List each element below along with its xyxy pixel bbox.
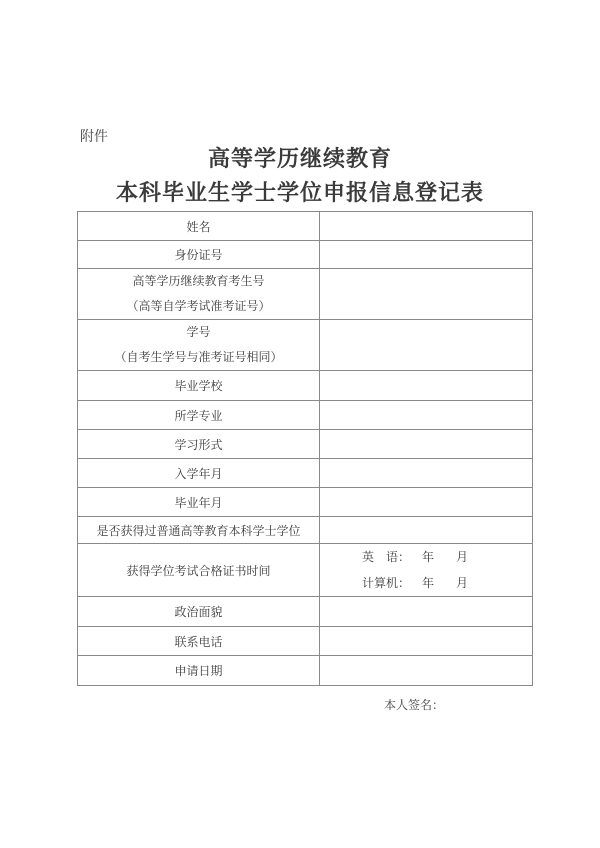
label-exam-number-note: （高等自学考试准考证号） xyxy=(78,294,319,319)
label-student-number-note: （自考生学号与准考证号相同） xyxy=(78,345,319,370)
label-school: 毕业学校 xyxy=(78,371,320,401)
label-name: 姓名 xyxy=(78,212,320,241)
label-certificate-time: 获得学位考试合格证书时间 xyxy=(78,544,320,597)
signature-label: 本人签名： xyxy=(384,696,444,713)
cert-computer-month: 月 xyxy=(456,570,468,596)
form-row-id-number: 身份证号 xyxy=(78,241,533,269)
field-certificate-time: 英 语：年月 计算机：年月 xyxy=(320,544,533,597)
cert-english-month: 月 xyxy=(456,544,468,570)
cert-english-year: 年 xyxy=(422,544,456,570)
field-prior-degree[interactable] xyxy=(320,517,533,544)
label-major: 所学专业 xyxy=(78,401,320,430)
label-political-status: 政治面貌 xyxy=(78,597,320,627)
label-id-number: 身份证号 xyxy=(78,241,320,269)
label-exam-number: 高等学历继续教育考生号 （高等自学考试准考证号） xyxy=(78,269,320,320)
form-row-exam-number: 高等学历继续教育考生号 （高等自学考试准考证号） xyxy=(78,269,533,320)
label-student-number-main: 学号 xyxy=(78,320,319,345)
form-title-line1: 高等学历继续教育 xyxy=(0,142,600,173)
form-row-school: 毕业学校 xyxy=(78,371,533,401)
label-graduation-date: 毕业年月 xyxy=(78,488,320,517)
form-title-line2: 本科毕业生学士学位申报信息登记表 xyxy=(0,176,600,207)
form-row-certificate-time: 获得学位考试合格证书时间 英 语：年月 计算机：年月 xyxy=(78,544,533,597)
form-row-study-mode: 学习形式 xyxy=(78,430,533,459)
field-exam-number[interactable] xyxy=(320,269,533,320)
cert-english-line[interactable]: 英 语：年月 xyxy=(320,544,532,570)
field-study-mode[interactable] xyxy=(320,430,533,459)
field-political-status[interactable] xyxy=(320,597,533,627)
form-row-student-number: 学号 （自考生学号与准考证号相同） xyxy=(78,320,533,371)
label-exam-number-main: 高等学历继续教育考生号 xyxy=(78,269,319,294)
cert-computer-line[interactable]: 计算机：年月 xyxy=(320,570,532,596)
registration-form-table: 姓名 身份证号 高等学历继续教育考生号 （高等自学考试准考证号） 学号 （自考生… xyxy=(77,211,533,686)
label-phone: 联系电话 xyxy=(78,627,320,656)
label-enrollment-date: 入学年月 xyxy=(78,459,320,488)
form-row-phone: 联系电话 xyxy=(78,627,533,656)
field-major[interactable] xyxy=(320,401,533,430)
field-student-number[interactable] xyxy=(320,320,533,371)
form-row-name: 姓名 xyxy=(78,212,533,241)
field-application-date[interactable] xyxy=(320,656,533,686)
label-student-number: 学号 （自考生学号与准考证号相同） xyxy=(78,320,320,371)
field-enrollment-date[interactable] xyxy=(320,459,533,488)
field-school[interactable] xyxy=(320,371,533,401)
form-row-enrollment-date: 入学年月 xyxy=(78,459,533,488)
form-row-political-status: 政治面貌 xyxy=(78,597,533,627)
label-application-date: 申请日期 xyxy=(78,656,320,686)
cert-computer-label: 计算机： xyxy=(362,570,422,596)
form-row-prior-degree: 是否获得过普通高等教育本科学士学位 xyxy=(78,517,533,544)
cert-computer-year: 年 xyxy=(422,570,456,596)
field-graduation-date[interactable] xyxy=(320,488,533,517)
field-id-number[interactable] xyxy=(320,241,533,269)
form-row-application-date: 申请日期 xyxy=(78,656,533,686)
cert-english-label: 英 语： xyxy=(362,544,422,570)
label-prior-degree: 是否获得过普通高等教育本科学士学位 xyxy=(78,517,320,544)
form-row-graduation-date: 毕业年月 xyxy=(78,488,533,517)
field-name[interactable] xyxy=(320,212,533,241)
field-phone[interactable] xyxy=(320,627,533,656)
label-study-mode: 学习形式 xyxy=(78,430,320,459)
form-row-major: 所学专业 xyxy=(78,401,533,430)
